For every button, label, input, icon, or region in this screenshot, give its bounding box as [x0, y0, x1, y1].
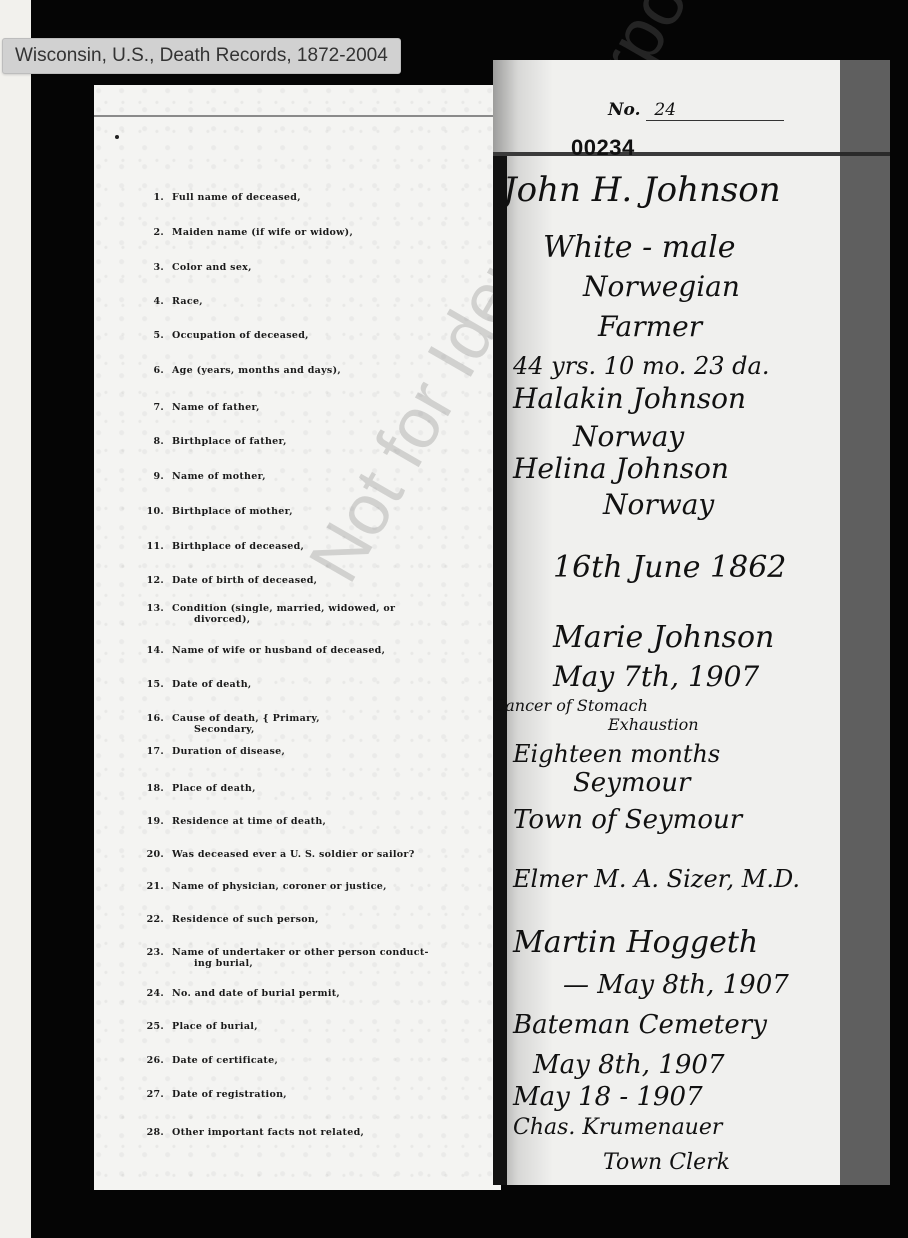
- form-top-rule: [94, 115, 501, 117]
- form-item: 22.Residence of such person,: [134, 914, 319, 925]
- form-item: 27.Date of registration,: [134, 1089, 287, 1100]
- form-item: 15.Date of death,: [134, 679, 252, 690]
- form-item: 18.Place of death,: [134, 783, 256, 794]
- form-item-label: Color and sex,: [172, 262, 252, 273]
- form-item: 13.Condition (single, married, widowed, …: [134, 603, 395, 625]
- form-item-number: 5.: [134, 330, 164, 341]
- form-item-label: Maiden name (if wife or widow),: [172, 227, 353, 238]
- form-item: 14.Name of wife or husband of deceased,: [134, 645, 385, 656]
- form-item-label: Date of certificate,: [172, 1055, 278, 1066]
- answers-top-rule: [493, 152, 840, 156]
- form-item-label: Name of wife or husband of deceased,: [172, 645, 385, 656]
- handwritten-entry: Chas. Krumenauer: [513, 1115, 722, 1140]
- form-item-number: 27.: [134, 1089, 164, 1100]
- form-item: 11.Birthplace of deceased,: [134, 541, 304, 552]
- handwritten-entry: May 8th, 1907: [533, 1050, 725, 1080]
- record-number-label: No.: [608, 100, 641, 120]
- stamp-number: 00234: [571, 135, 635, 161]
- form-item-label: Was deceased ever a U. S. soldier or sai…: [172, 849, 415, 860]
- handwritten-entry: Cancer of Stomach: [493, 696, 648, 715]
- form-item-label: Age (years, months and days),: [172, 365, 341, 376]
- handwritten-entry: Norway: [603, 488, 714, 521]
- handwritten-entry: Town of Seymour: [513, 805, 742, 835]
- form-item: 7.Name of father,: [134, 402, 260, 413]
- scan-edge-strip: [840, 60, 890, 1185]
- form-item: 6.Age (years, months and days),: [134, 365, 341, 376]
- form-item-number: 24.: [134, 988, 164, 999]
- form-item: 2.Maiden name (if wife or widow),: [134, 227, 353, 238]
- handwritten-entry: Halakin Johnson: [513, 382, 746, 415]
- record-number: No. 24: [608, 100, 784, 121]
- form-item: 8.Birthplace of father,: [134, 436, 287, 447]
- form-item: 4.Race,: [134, 296, 203, 307]
- form-item-number: 11.: [134, 541, 164, 552]
- form-item-number: 13.: [134, 603, 164, 614]
- form-item: 10.Birthplace of mother,: [134, 506, 293, 517]
- form-item-number: 14.: [134, 645, 164, 656]
- form-item: 20.Was deceased ever a U. S. soldier or …: [134, 849, 415, 860]
- handwritten-entry: Seymour: [573, 768, 690, 798]
- form-item-number: 25.: [134, 1021, 164, 1032]
- form-item-number: 4.: [134, 296, 164, 307]
- form-item-label: Residence at time of death,: [172, 816, 326, 827]
- handwritten-entry: Martin Hoggeth: [513, 925, 758, 960]
- form-item-label: No. and date of burial permit,: [172, 988, 340, 999]
- form-item: 3.Color and sex,: [134, 262, 252, 273]
- form-item-label: Date of death,: [172, 679, 252, 690]
- form-item-label: Full name of deceased,: [172, 192, 301, 203]
- form-item: 25.Place of burial,: [134, 1021, 258, 1032]
- document-viewer: 1.Full name of deceased,2.Maiden name (i…: [31, 0, 908, 1238]
- form-item-label: Cause of death, { Primary,: [172, 713, 320, 724]
- form-item-label-continued: Secondary,: [134, 724, 320, 735]
- form-item-label: Name of mother,: [172, 471, 266, 482]
- form-item: 21.Name of physician, coroner or justice…: [134, 881, 387, 892]
- handwritten-entry: Norway: [573, 420, 684, 453]
- form-item-number: 21.: [134, 881, 164, 892]
- form-item: 16.Cause of death, { Primary,Secondary,: [134, 713, 320, 735]
- form-item-number: 1.: [134, 192, 164, 203]
- form-item-label: Name of physician, coroner or justice,: [172, 881, 387, 892]
- handwritten-entry: Farmer: [598, 310, 702, 343]
- form-item-number: 6.: [134, 365, 164, 376]
- form-item-label: Birthplace of father,: [172, 436, 287, 447]
- form-item-number: 10.: [134, 506, 164, 517]
- form-item-number: 22.: [134, 914, 164, 925]
- form-item-label: Residence of such person,: [172, 914, 319, 925]
- form-item-label: Other important facts not related,: [172, 1127, 364, 1138]
- form-item-number: 20.: [134, 849, 164, 860]
- form-item-label: Race,: [172, 296, 203, 307]
- handwritten-entry: Norwegian: [583, 270, 740, 303]
- form-item-label: Occupation of deceased,: [172, 330, 309, 341]
- form-item-number: 28.: [134, 1127, 164, 1138]
- handwritten-entry: 44 yrs. 10 mo. 23 da.: [513, 352, 769, 380]
- handwritten-answers-page: No. 24 00234 John H. JohnsonWhite - male…: [493, 60, 840, 1185]
- form-item-label: Name of undertaker or other person condu…: [172, 947, 429, 958]
- page-binding-shadow: [493, 156, 507, 1185]
- form-item-number: 23.: [134, 947, 164, 958]
- form-item-label: Birthplace of mother,: [172, 506, 293, 517]
- form-item-number: 16.: [134, 713, 164, 724]
- form-item-number: 7.: [134, 402, 164, 413]
- form-item-label: Duration of disease,: [172, 746, 285, 757]
- handwritten-entry: May 18 - 1907: [513, 1082, 703, 1112]
- handwritten-entry: Bateman Cemetery: [513, 1010, 767, 1040]
- handwritten-entry: Elmer M. A. Sizer, M.D.: [513, 865, 800, 893]
- form-item: 12.Date of birth of deceased,: [134, 575, 317, 586]
- form-item: 5.Occupation of deceased,: [134, 330, 309, 341]
- handwritten-entry: Marie Johnson: [553, 620, 774, 655]
- form-item-label: Name of father,: [172, 402, 260, 413]
- form-item-label: Date of registration,: [172, 1089, 287, 1100]
- form-item-label: Condition (single, married, widowed, or: [172, 603, 395, 614]
- handwritten-entry: — May 8th, 1907: [563, 970, 789, 1000]
- form-item: 26.Date of certificate,: [134, 1055, 278, 1066]
- handwritten-entry: Exhaustion: [608, 715, 699, 734]
- form-item-number: 18.: [134, 783, 164, 794]
- handwritten-entry: May 7th, 1907: [553, 660, 759, 693]
- form-item: 9.Name of mother,: [134, 471, 266, 482]
- form-item-number: 19.: [134, 816, 164, 827]
- form-item-number: 26.: [134, 1055, 164, 1066]
- form-item-number: 8.: [134, 436, 164, 447]
- form-item-number: 2.: [134, 227, 164, 238]
- form-item-label-continued: ing burial,: [134, 958, 429, 969]
- handwritten-entry: John H. Johnson: [503, 170, 781, 210]
- collection-title-tooltip: Wisconsin, U.S., Death Records, 1872-200…: [2, 38, 401, 74]
- form-item-label-continued: divorced),: [134, 614, 395, 625]
- record-number-value: 24: [646, 100, 784, 121]
- handwritten-entry: Town Clerk: [603, 1150, 730, 1175]
- form-item: 24.No. and date of burial permit,: [134, 988, 340, 999]
- form-item-number: 15.: [134, 679, 164, 690]
- scan-speck: [115, 135, 119, 139]
- handwritten-entry: White - male: [543, 230, 735, 265]
- form-item: 17.Duration of disease,: [134, 746, 285, 757]
- form-item-label: Birthplace of deceased,: [172, 541, 304, 552]
- form-item-label: Place of burial,: [172, 1021, 258, 1032]
- handwritten-entry: 16th June 1862: [553, 550, 786, 585]
- form-item: 1.Full name of deceased,: [134, 192, 301, 203]
- form-labels-page: 1.Full name of deceased,2.Maiden name (i…: [94, 85, 501, 1190]
- form-item-label: Date of birth of deceased,: [172, 575, 317, 586]
- form-item-number: 3.: [134, 262, 164, 273]
- handwritten-entry: Eighteen months: [513, 740, 720, 768]
- form-item: 28.Other important facts not related,: [134, 1127, 364, 1138]
- strip-rule: [840, 152, 890, 156]
- form-item-number: 9.: [134, 471, 164, 482]
- form-item-number: 17.: [134, 746, 164, 757]
- form-item-label: Place of death,: [172, 783, 256, 794]
- form-item-number: 12.: [134, 575, 164, 586]
- handwritten-entry: Helina Johnson: [513, 452, 729, 485]
- form-item: 19.Residence at time of death,: [134, 816, 326, 827]
- form-item: 23.Name of undertaker or other person co…: [134, 947, 429, 969]
